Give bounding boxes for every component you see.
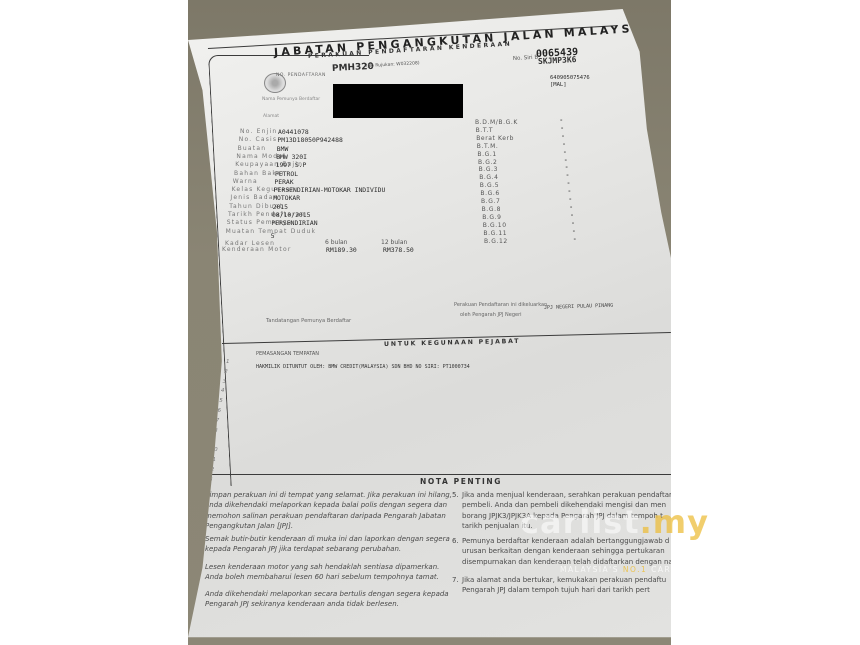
detail-value: 08/10/2015 xyxy=(272,211,310,219)
row-number: 1 xyxy=(226,359,230,365)
emblem-caption: Nama Pemunya Berdaftar xyxy=(262,97,320,102)
detail-value: MOTOKAR xyxy=(273,194,300,202)
weight-code-label: Berat Kerb xyxy=(476,135,514,142)
row-number: 6 xyxy=(218,408,222,414)
row-number: 5 xyxy=(219,398,223,404)
license-rate-label-2: Kenderaan Motor xyxy=(222,246,292,253)
detail-value: 2015 xyxy=(273,203,288,211)
note-line: Lesen kenderaan motor yang sah hendaklah… xyxy=(205,562,439,572)
weight-code-label: B.G.5 xyxy=(480,182,499,189)
watermark-tagline: MALAYSIA'S NO.1 CAR SITE xyxy=(560,565,697,574)
note-number: 2. xyxy=(195,534,202,544)
weight-code-value: - xyxy=(568,188,571,195)
row-number: 2 xyxy=(224,369,228,375)
serial-code: SKJMP3K6 xyxy=(538,55,577,66)
row-number: 9 xyxy=(212,437,216,443)
note-number: 5. xyxy=(452,490,459,500)
row-number: 13 xyxy=(206,477,213,483)
weight-code-label: B.G.9 xyxy=(482,214,501,221)
detail-value: PERAK xyxy=(274,178,293,186)
weight-code-value: - xyxy=(565,157,568,164)
redacted-owner-block xyxy=(333,84,463,118)
weight-code-label: B.G.7 xyxy=(481,198,500,205)
six-month-fee: RM189.30 xyxy=(326,246,357,254)
note-line: Pengangkutan Jalan [JPJ]. xyxy=(205,521,293,531)
weight-code-label: B.G.2 xyxy=(478,159,497,166)
detail-value: 5 xyxy=(271,232,275,240)
weight-code-value: - xyxy=(569,196,572,203)
note-number: 1. xyxy=(195,490,202,500)
note-line: Pengarah JPJ sekiranya kenderaan anda ti… xyxy=(205,599,399,609)
note-line: anda dikehendaki melaporkan kepada balai… xyxy=(205,500,447,510)
row-number: 11 xyxy=(209,457,216,463)
weight-code-value: - xyxy=(565,164,568,171)
row-number: 8 xyxy=(214,428,218,434)
row-number: 10 xyxy=(211,447,218,453)
note-line: Simpan perakuan ini di tempat yang selam… xyxy=(205,490,452,500)
weight-code-value: - xyxy=(560,117,563,124)
weight-code-value: - xyxy=(572,220,575,227)
detail-value: PERSENDIRIAN-MOTOKAR INDIVIDU xyxy=(274,186,386,194)
weight-code-label: B.G.10 xyxy=(483,222,507,229)
twelve-month-fee: RM378.50 xyxy=(383,246,414,254)
row-number: 7 xyxy=(216,418,220,424)
watermark-tagline-post: CAR SITE xyxy=(647,565,697,574)
weight-code-value: - xyxy=(564,149,567,156)
note-line: kepada Pengarah JPJ jika terdapat sebara… xyxy=(205,544,401,554)
note-line: Anda boleh membaharui lesen 60 hari sebe… xyxy=(205,572,439,582)
row-number: 12 xyxy=(207,467,214,473)
weight-code-label: B.G.1 xyxy=(477,151,496,158)
reference-number: (No Rujukan: W032208) xyxy=(366,61,420,69)
weight-code-label: B.G.4 xyxy=(479,174,498,181)
issued-by-line-1: Perakuan Pendaftaran ini dikeluarkan xyxy=(454,302,547,308)
owner-id-number: 640905075476 xyxy=(550,75,590,81)
note-number: 7. xyxy=(452,575,459,585)
weight-code-value: - xyxy=(567,180,570,187)
note-line: Jika alamat anda bertukar, kemukakan per… xyxy=(462,575,666,585)
row-number: 4 xyxy=(221,388,225,394)
document-photo: Nama Pemunya Berdaftar Alamat JABATAN PE… xyxy=(188,0,671,645)
watermark-brand: carlist xyxy=(520,503,640,541)
weight-code-value: - xyxy=(563,141,566,148)
serial-label: No. Siri B xyxy=(513,55,538,62)
detail-value: PERSENDIRIAN xyxy=(271,219,317,227)
six-month-label: 6 bulan xyxy=(325,239,347,246)
note-line: Pengarah JPJ dalam tempoh tujuh hari dar… xyxy=(462,585,650,595)
note-line: urusan berkaitan dengan kenderaan sehing… xyxy=(462,546,665,556)
weight-code-value: - xyxy=(561,125,564,132)
registration-certificate: Nama Pemunya Berdaftar Alamat JABATAN PE… xyxy=(188,0,671,645)
notes-title: NOTA PENTING xyxy=(420,477,502,486)
weight-code-label: B.D.M/B.G.K xyxy=(475,119,518,126)
detail-value: BMW xyxy=(277,145,289,153)
weight-code-label: B.G.8 xyxy=(482,206,501,213)
watermark-tagline-pre: MALAYSIA'S xyxy=(560,565,623,574)
detail-label: Buatan xyxy=(238,145,267,152)
note-line: Jika anda menjual kenderaan, serahkan pe… xyxy=(462,490,671,500)
weight-code-label: B.G.12 xyxy=(484,238,508,245)
weight-code-value: - xyxy=(570,204,573,211)
weight-code-label: B.G.3 xyxy=(479,166,498,173)
notes-divider xyxy=(198,474,671,475)
detail-label: No. Casis xyxy=(239,136,277,143)
office-use-line-1: PEMASANGAN TEMPATAN xyxy=(256,351,319,357)
note-number: 6. xyxy=(452,536,459,546)
detail-value: PETROL xyxy=(275,170,298,178)
detail-value: A0441078 xyxy=(278,128,309,136)
owner-signature-label: Tandatangan Pemunya Berdaftar xyxy=(266,318,351,324)
detail-value: BMW 320I xyxy=(276,153,307,161)
issued-by-line-2: oleh Pengarah JPJ Negeri xyxy=(460,312,522,318)
detail-label: No. Enjin xyxy=(240,128,277,135)
weight-code-value: - xyxy=(571,212,574,219)
weight-code-label: B.G.6 xyxy=(480,190,499,197)
twelve-month-label: 12 bulan xyxy=(381,239,407,246)
owner-id-tag: [MAL] xyxy=(550,82,567,88)
weight-code-label: B.G.11 xyxy=(483,230,507,237)
weight-code-value: - xyxy=(574,236,577,243)
detail-label: Warna xyxy=(233,178,258,185)
left-border-line xyxy=(208,55,392,486)
weight-code-label: B.T.M. xyxy=(477,143,499,150)
weight-code-value: - xyxy=(562,133,565,140)
detail-label: Jenis Badan xyxy=(230,194,278,201)
address-label: Alamat xyxy=(263,114,279,119)
watermark-tagline-highlight: NO.1 xyxy=(623,565,647,574)
issuing-office: JPJ NEGERI PULAU PINANG xyxy=(544,303,613,311)
watermark-logo: carlist.my xyxy=(520,503,709,541)
note-line: memohon salinan perakuan pendaftaran dar… xyxy=(205,511,446,521)
detail-value: 1997 S.P xyxy=(276,161,307,169)
note-line: Semak butir-butir kenderaan di muka ini … xyxy=(205,534,450,544)
watermark-tld: .my xyxy=(640,503,709,541)
note-line: Anda dikehendaki melaporkan secara bertu… xyxy=(205,589,449,599)
row-number: 3 xyxy=(223,379,227,385)
weight-code-value: - xyxy=(573,228,576,235)
weight-code-label: B.T.T xyxy=(476,127,494,134)
registration-no-label: NO. PENDAFTARAN xyxy=(276,73,326,78)
office-use-line-2: HAKMILIK DITUNTUT OLEH: BMW CREDIT(MALAY… xyxy=(256,364,470,370)
detail-value: PM13D18050P942488 xyxy=(277,136,342,144)
weight-code-value: - xyxy=(566,172,569,179)
